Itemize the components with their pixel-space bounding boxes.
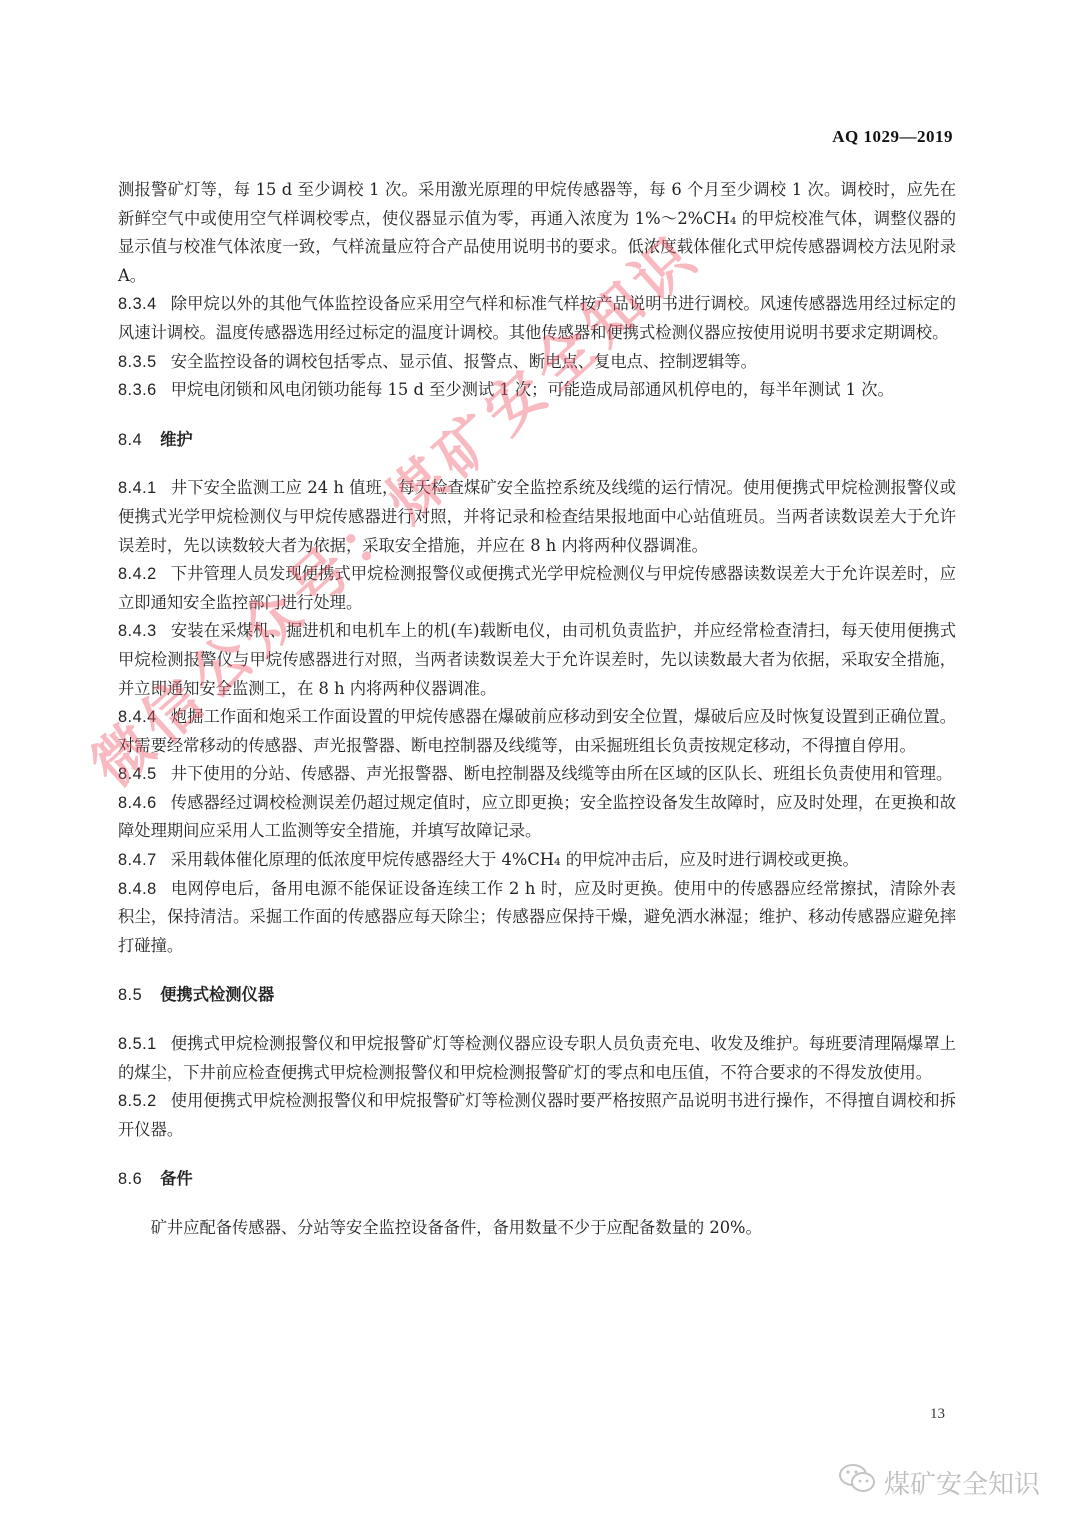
clause-text: 安全监控设备的调校包括零点、显示值、报警点、断电点、复电点、控制逻辑等。 (171, 352, 757, 371)
clause-8-4-2: 8.4.2下井管理人员发现便携式甲烷检测报警仪或便携式光学甲烷检测仪与甲烷传感器… (118, 560, 956, 617)
clause-text: 井下使用的分站、传感器、声光报警器、断电控制器及线缆等由所在区域的区队长、班组长… (171, 764, 953, 783)
clause-number: 8.4.7 (118, 851, 157, 869)
paragraph-spare-parts: 矿井应配备传感器、分站等安全监控设备备件，备用数量不少于应配备数量的 20%。 (118, 1214, 956, 1243)
section-number: 8.5 (118, 986, 142, 1004)
clause-8-4-8: 8.4.8电网停电后，备用电源不能保证设备连续工作 2 h 时，应及时更换。使用… (118, 875, 956, 961)
wechat-account-brand: 煤矿安全知识 (838, 1462, 1040, 1503)
document-page: AQ 1029—2019 测报警矿灯等，每 15 d 至少调校 1 次。采用激光… (0, 0, 1080, 1527)
section-title: 维护 (160, 430, 193, 449)
section-number: 8.4 (118, 431, 142, 449)
clause-text: 传感器经过调校检测误差仍超过规定值时，应立即更换；安全监控设备发生故障时，应及时… (118, 793, 956, 841)
paragraph-continued: 测报警矿灯等，每 15 d 至少调校 1 次。采用激光原理的甲烷传感器等，每 6… (118, 176, 956, 290)
clause-number: 8.5.2 (118, 1092, 157, 1110)
clause-number: 8.4.1 (118, 479, 157, 497)
clause-8-3-5: 8.3.5安全监控设备的调校包括零点、显示值、报警点、断电点、复电点、控制逻辑等… (118, 348, 956, 377)
clause-number: 8.4.8 (118, 880, 157, 898)
clause-text: 电网停电后，备用电源不能保证设备连续工作 2 h 时，应及时更换。使用中的传感器… (118, 879, 956, 955)
standard-code: AQ 1029—2019 (832, 127, 953, 147)
section-number: 8.6 (118, 1170, 142, 1188)
clause-text: 除甲烷以外的其他气体监控设备应采用空气样和标准气样按产品说明书进行调校。风速传感… (118, 294, 956, 342)
clause-8-5-1: 8.5.1便携式甲烷检测报警仪和甲烷报警矿灯等检测仪器应设专职人员负责充电、收发… (118, 1030, 956, 1087)
section-title: 便携式检测仪器 (160, 985, 274, 1004)
clause-number: 8.4.2 (118, 565, 157, 583)
clause-8-4-6: 8.4.6传感器经过调校检测误差仍超过规定值时，应立即更换；安全监控设备发生故障… (118, 789, 956, 846)
section-heading-8-4: 8.4维护 (118, 426, 956, 455)
clause-text: 采用载体催化原理的低浓度甲烷传感器经大于 4%CH₄ 的甲烷冲击后，应及时进行调… (171, 850, 859, 869)
clause-number: 8.4.3 (118, 622, 157, 640)
clause-number: 8.3.4 (118, 295, 157, 313)
clause-8-3-6: 8.3.6甲烷电闭锁和风电闭锁功能每 15 d 至少测试 1 次；可能造成局部通… (118, 376, 956, 405)
clause-number: 8.4.6 (118, 794, 157, 812)
paragraph-text: 矿井应配备传感器、分站等安全监控设备备件，备用数量不少于应配备数量的 20%。 (151, 1218, 762, 1237)
clause-number: 8.3.5 (118, 353, 157, 371)
clause-number: 8.4.5 (118, 765, 157, 783)
page-number: 13 (930, 1406, 945, 1423)
section-heading-8-5: 8.5便携式检测仪器 (118, 981, 956, 1010)
section-title: 备件 (160, 1169, 193, 1188)
clause-8-5-2: 8.5.2使用便携式甲烷检测报警仪和甲烷报警矿灯等检测仪器时要严格按照产品说明书… (118, 1087, 956, 1144)
clause-text: 甲烷电闭锁和风电闭锁功能每 15 d 至少测试 1 次；可能造成局部通风机停电的… (171, 380, 894, 399)
clause-text: 便携式甲烷检测报警仪和甲烷报警矿灯等检测仪器应设专职人员负责充电、收发及维护。每… (118, 1034, 956, 1082)
clause-text: 井下安全监测工应 24 h 值班，每天检查煤矿安全监控系统及线缆的运行情况。使用… (118, 478, 956, 554)
clause-text: 使用便携式甲烷检测报警仪和甲烷报警矿灯等检测仪器时要严格按照产品说明书进行操作，… (118, 1091, 956, 1139)
document-body: 测报警矿灯等，每 15 d 至少调校 1 次。采用激光原理的甲烷传感器等，每 6… (118, 176, 956, 1243)
wechat-icon (838, 1462, 884, 1503)
clause-text: 下井管理人员发现便携式甲烷检测报警仪或便携式光学甲烷检测仪与甲烷传感器读数误差大… (118, 564, 956, 612)
clause-number: 8.4.4 (118, 708, 157, 726)
clause-text: 安装在采煤机、掘进机和电机车上的机(车)载断电仪，由司机负责监护，并应经常检查清… (118, 621, 956, 697)
clause-8-4-7: 8.4.7采用载体催化原理的低浓度甲烷传感器经大于 4%CH₄ 的甲烷冲击后，应… (118, 846, 956, 875)
clause-8-3-4: 8.3.4除甲烷以外的其他气体监控设备应采用空气样和标准气样按产品说明书进行调校… (118, 290, 956, 347)
section-heading-8-6: 8.6备件 (118, 1165, 956, 1194)
clause-8-4-3: 8.4.3安装在采煤机、掘进机和电机车上的机(车)载断电仪，由司机负责监护，并应… (118, 617, 956, 703)
clause-8-4-5: 8.4.5井下使用的分站、传感器、声光报警器、断电控制器及线缆等由所在区域的区队… (118, 760, 956, 789)
clause-text: 炮掘工作面和炮采工作面设置的甲烷传感器在爆破前应移动到安全位置，爆破后应及时恢复… (118, 707, 956, 755)
brand-name: 煤矿安全知识 (884, 1464, 1040, 1501)
clause-8-4-1: 8.4.1井下安全监测工应 24 h 值班，每天检查煤矿安全监控系统及线缆的运行… (118, 474, 956, 560)
clause-number: 8.5.1 (118, 1035, 157, 1053)
clause-8-4-4: 8.4.4炮掘工作面和炮采工作面设置的甲烷传感器在爆破前应移动到安全位置，爆破后… (118, 703, 956, 760)
paragraph-text: 测报警矿灯等，每 15 d 至少调校 1 次。采用激光原理的甲烷传感器等，每 6… (118, 180, 956, 285)
clause-number: 8.3.6 (118, 381, 157, 399)
